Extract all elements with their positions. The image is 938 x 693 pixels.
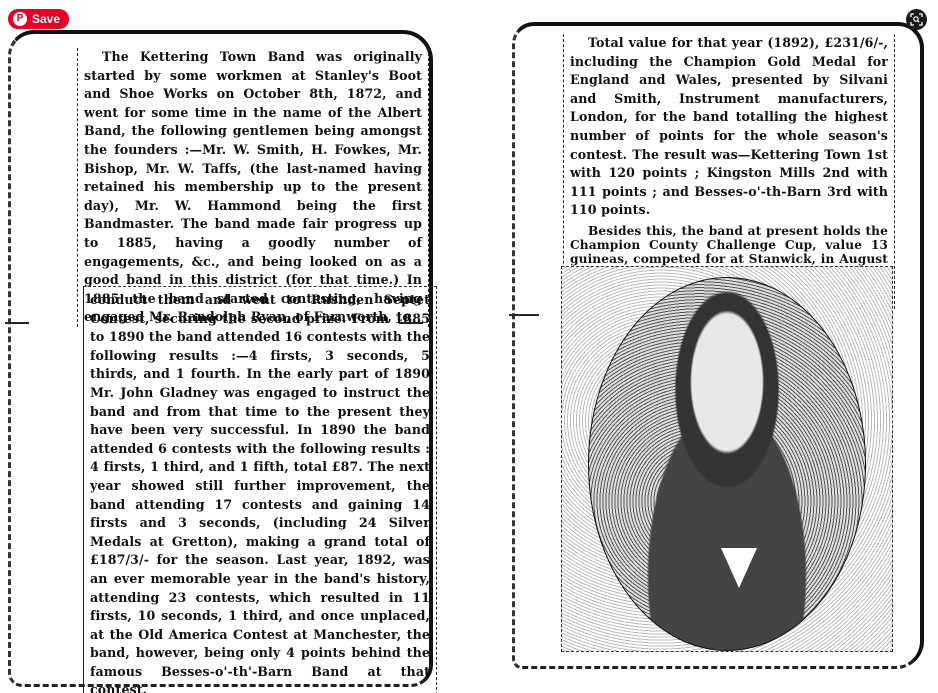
save-button-label: Save [32,12,60,26]
portrait-image [588,277,866,651]
visual-search-icon [910,13,923,26]
pinterest-save-button[interactable]: P Save [8,9,69,29]
history-paragraph-2: conduct them and went to Rushden Septet … [90,291,430,693]
portrait-frame [561,266,893,652]
left-clipping-page: The Kettering Town Band was originally s… [8,30,433,687]
page-fold-mark [399,322,423,324]
pinterest-icon: P [13,12,27,26]
visual-search-button[interactable] [906,9,927,30]
page-fold-mark [509,314,539,316]
right-clipping-page: Total value for that year (1892), £231/6… [512,22,924,669]
portrait-collar [721,548,757,588]
left-text-column-bottom: conduct them and went to Rushden Septet … [83,286,437,693]
results-paragraph: Total value for that year (1892), £231/6… [570,34,888,220]
page-fold-mark [5,322,29,324]
